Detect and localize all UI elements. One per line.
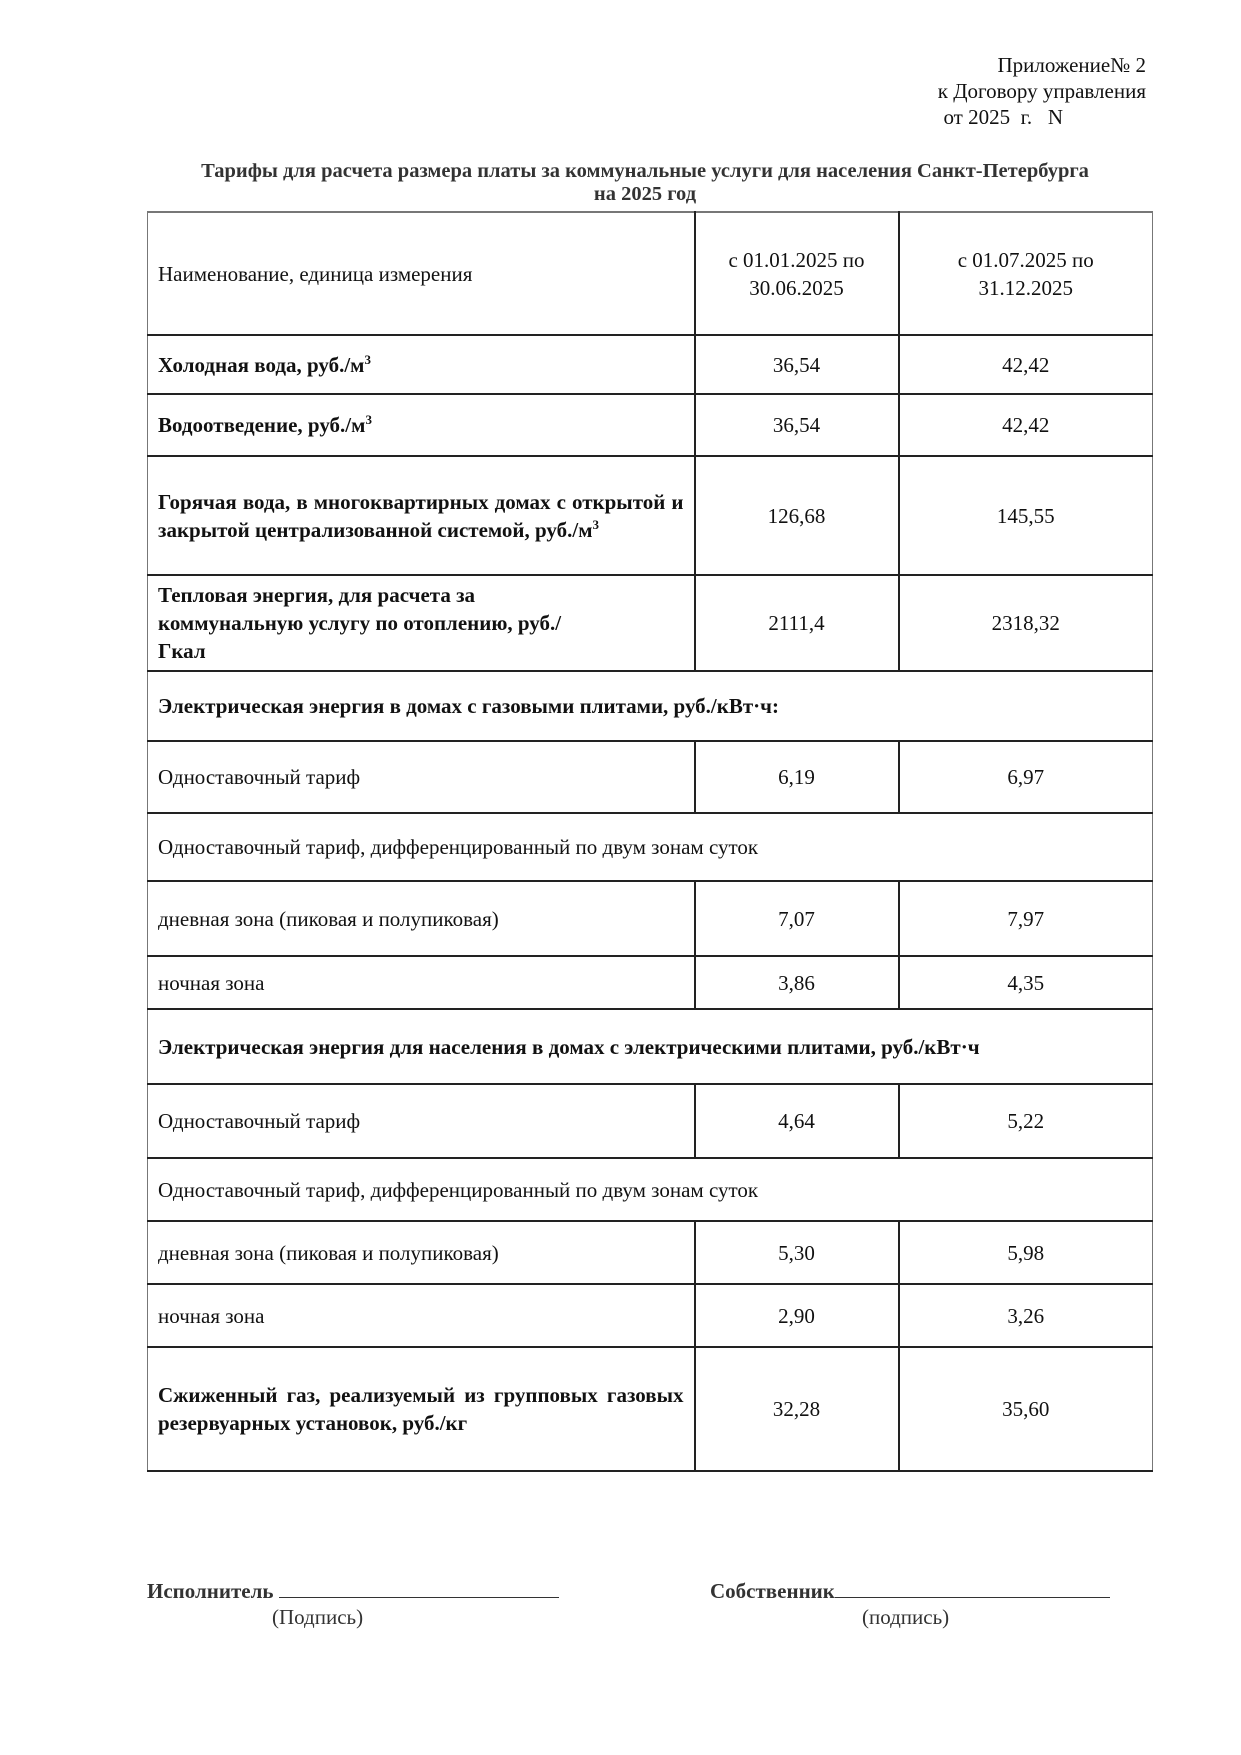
table-row: Одноставочный тариф 4,64 5,22 [148,1084,1153,1158]
row-name: Горячая вода, в многоквартирных домах с … [148,456,695,575]
section-heading: Электрическая энергия для населения в до… [148,1009,1153,1084]
row-value-period-1: 36,54 [695,335,899,394]
owner-signature-line[interactable] [835,1579,1110,1598]
subsection-row: Одноставочный тариф, дифференцированный … [148,1158,1153,1221]
table-row: Сжиженный газ, реализуемый из групповых … [148,1347,1153,1471]
owner-caption: (подпись) [862,1604,949,1630]
row-value-period-1: 2111,4 [695,575,899,671]
appendix-reference: Приложение№ 2 к Договору управления от 2… [938,52,1146,130]
row-value-period-2: 5,98 [899,1221,1153,1284]
row-name: Холодная вода, руб./м3 [148,335,695,394]
appendix-date: от 2025 г. N [938,104,1063,130]
row-value-period-2: 7,97 [899,881,1153,956]
title-line-1: Тарифы для расчета размера платы за комм… [140,160,1150,183]
section-heading: Электрическая энергия в домах с газовыми… [148,671,1153,741]
row-value-period-1: 36,54 [695,394,899,456]
table-row: Водоотведение, руб./м3 36,54 42,42 [148,394,1153,456]
row-value-period-2: 4,35 [899,956,1153,1009]
header-period-1: с 01.01.2025 по 30.06.2025 [695,212,899,335]
row-name: Сжиженный газ, реализуемый из групповых … [148,1347,695,1471]
row-value-period-2: 6,97 [899,741,1153,813]
executor-label: Исполнитель [147,1579,273,1603]
owner-label: Собственник [710,1579,835,1603]
section-row: Электрическая энергия в домах с газовыми… [148,671,1153,741]
table-row: Холодная вода, руб./м3 36,54 42,42 [148,335,1153,394]
document-title: Тарифы для расчета размера платы за комм… [140,160,1150,206]
row-name: дневная зона (пиковая и полупиковая) [148,1221,695,1284]
header-period-2: с 01.07.2025 по 31.12.2025 [899,212,1153,335]
row-value-period-1: 7,07 [695,881,899,956]
executor-caption: (Подпись) [272,1604,363,1630]
header-name: Наименование, единица измерения [148,212,695,335]
tariffs-table: Наименование, единица измерения с 01.01.… [147,211,1153,1472]
appendix-contract: к Договору управления [938,78,1146,104]
row-name: дневная зона (пиковая и полупиковая) [148,881,695,956]
subsection-row: Одноставочный тариф, дифференцированный … [148,813,1153,881]
table-row: дневная зона (пиковая и полупиковая) 7,0… [148,881,1153,956]
row-value-period-2: 35,60 [899,1347,1153,1471]
table-header-row: Наименование, единица измерения с 01.01.… [148,212,1153,335]
section-row: Электрическая энергия для населения в до… [148,1009,1153,1084]
row-value-period-1: 3,86 [695,956,899,1009]
row-value-period-2: 3,26 [899,1284,1153,1347]
row-value-period-2: 5,22 [899,1084,1153,1158]
row-value-period-2: 145,55 [899,456,1153,575]
row-value-period-1: 2,90 [695,1284,899,1347]
row-value-period-2: 2318,32 [899,575,1153,671]
row-value-period-1: 126,68 [695,456,899,575]
table-row: ночная зона 2,90 3,26 [148,1284,1153,1347]
row-value-period-1: 5,30 [695,1221,899,1284]
row-name: Тепловая энергия, для расчета за коммуна… [148,575,695,671]
table-row: Горячая вода, в многоквартирных домах с … [148,456,1153,575]
row-value-period-1: 32,28 [695,1347,899,1471]
table-row: ночная зона 3,86 4,35 [148,956,1153,1009]
executor-signature-block: Исполнитель (Подпись) [147,1578,559,1604]
subsection-heading: Одноставочный тариф, дифференцированный … [148,1158,1153,1221]
row-name: ночная зона [148,1284,695,1347]
subsection-heading: Одноставочный тариф, дифференцированный … [148,813,1153,881]
title-line-2: на 2025 год [140,183,1150,206]
row-value-period-1: 4,64 [695,1084,899,1158]
table-row: дневная зона (пиковая и полупиковая) 5,3… [148,1221,1153,1284]
row-value-period-2: 42,42 [899,394,1153,456]
appendix-number: Приложение№ 2 [938,52,1146,78]
row-name: Водоотведение, руб./м3 [148,394,695,456]
row-name: Одноставочный тариф [148,741,695,813]
table-row: Одноставочный тариф 6,19 6,97 [148,741,1153,813]
row-name: ночная зона [148,956,695,1009]
row-value-period-1: 6,19 [695,741,899,813]
executor-signature-line[interactable] [279,1579,559,1598]
row-value-period-2: 42,42 [899,335,1153,394]
row-name: Одноставочный тариф [148,1084,695,1158]
owner-signature-block: Собственник (подпись) [710,1578,1110,1604]
table-row: Тепловая энергия, для расчета за коммуна… [148,575,1153,671]
